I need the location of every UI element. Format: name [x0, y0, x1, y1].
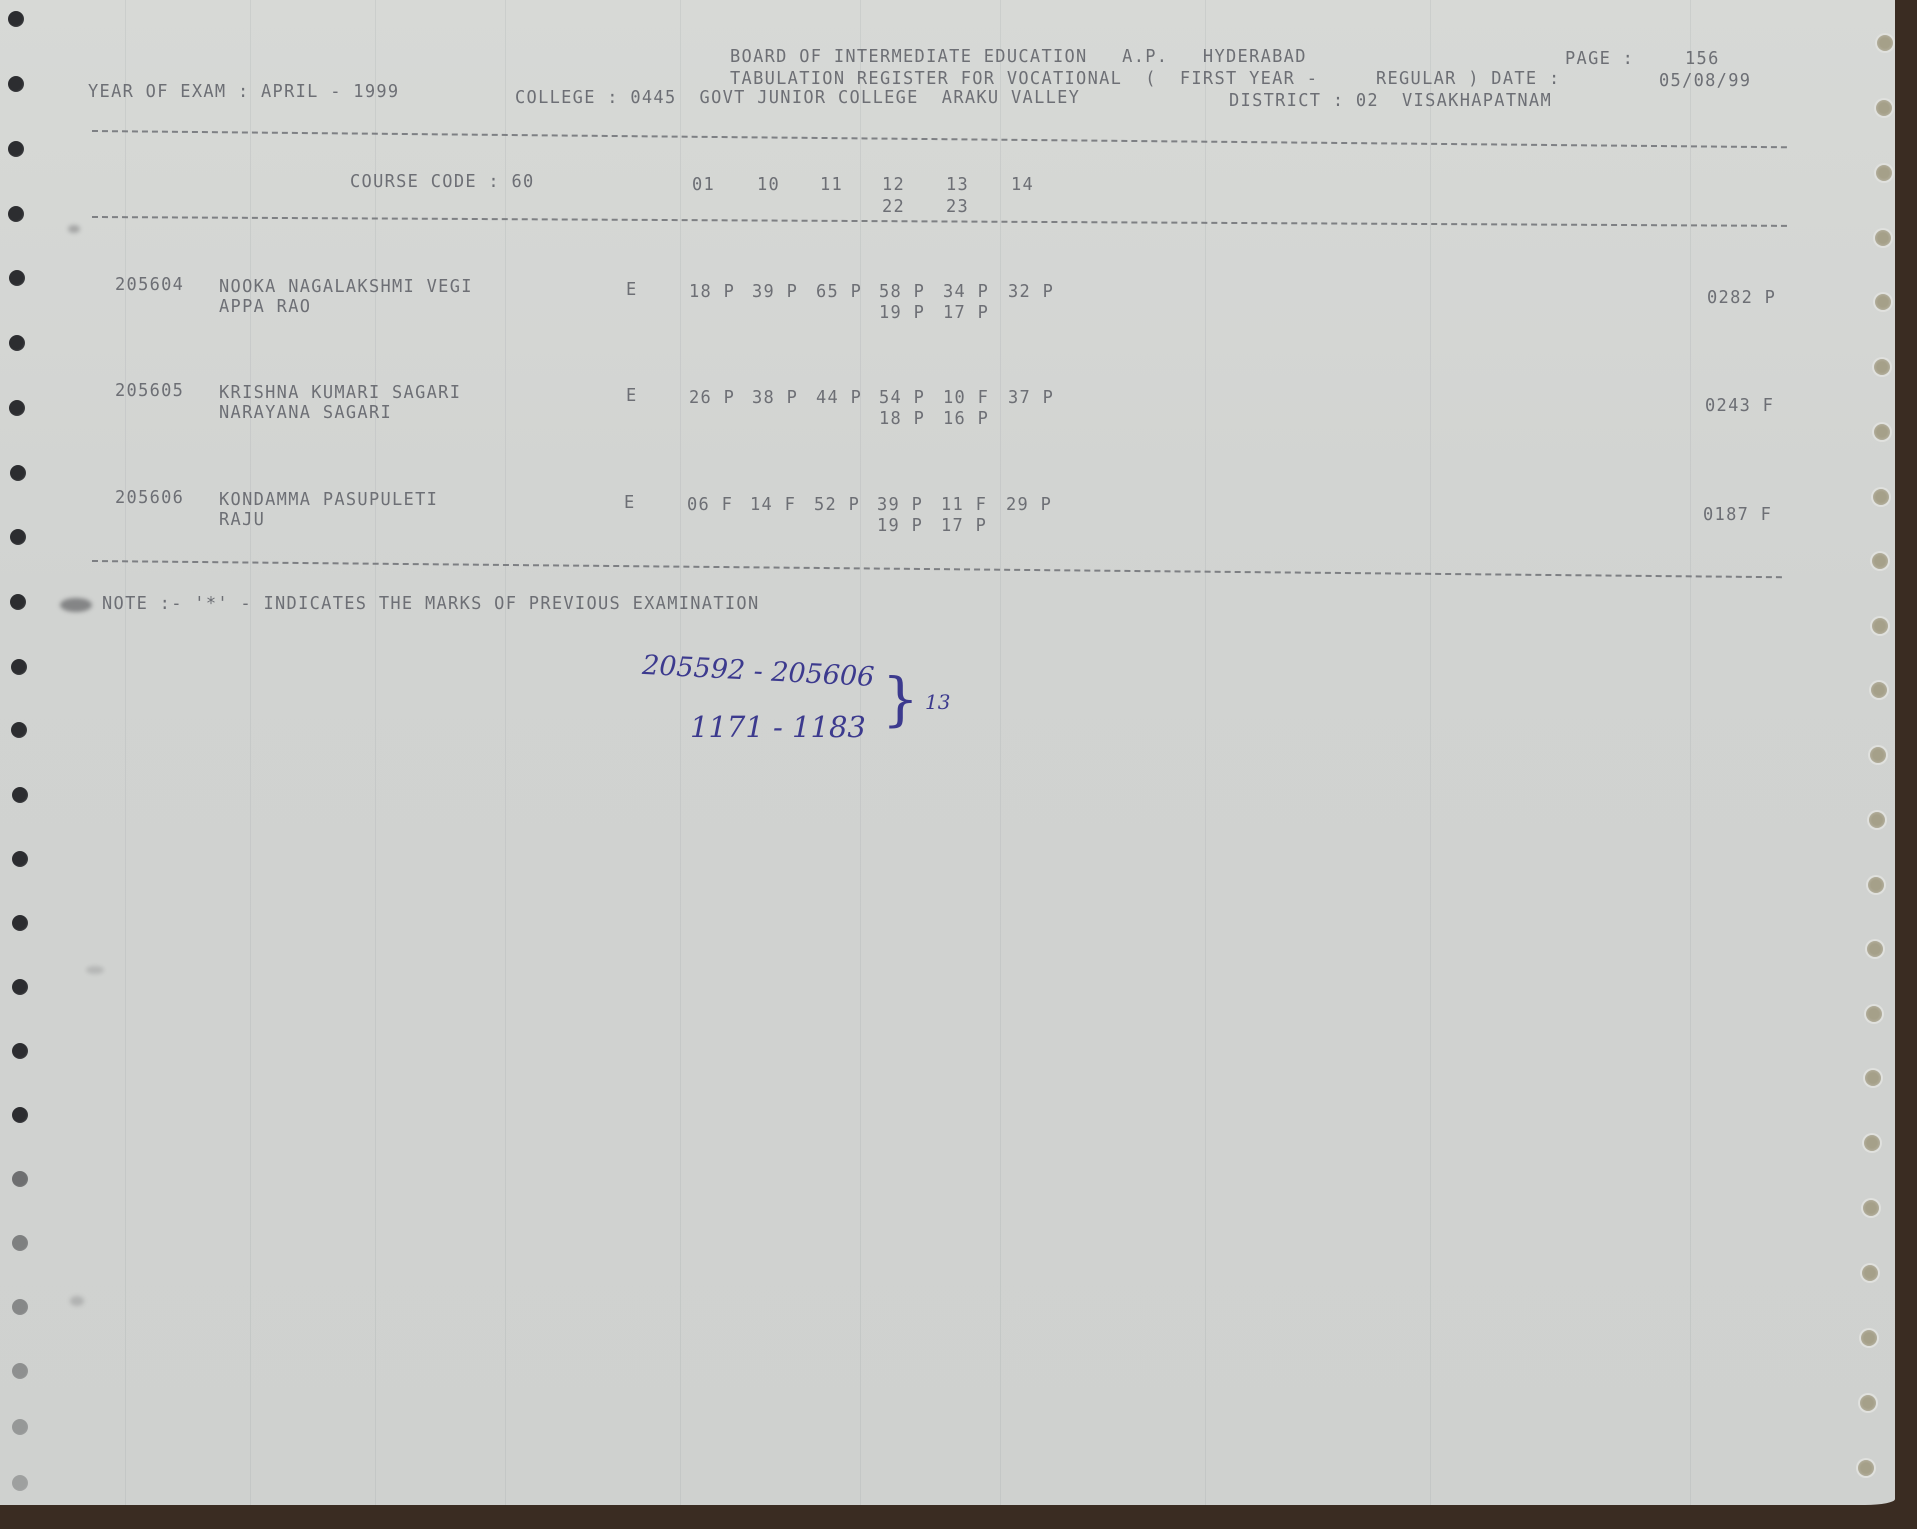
subject-mark: 17 P: [943, 303, 989, 324]
feed-hole-icon: [1860, 1395, 1876, 1411]
feed-hole-icon: [8, 206, 24, 222]
ink-smudge: [70, 1296, 84, 1306]
subject-code: 13: [946, 175, 969, 196]
subject-mark: 34 P: [943, 282, 989, 303]
feed-hole-icon: [12, 1475, 28, 1491]
subject-mark: 18 P: [879, 409, 925, 430]
feed-hole-icon: [1877, 35, 1893, 51]
feed-hole-icon: [1872, 553, 1888, 569]
subject-code: 01: [692, 175, 715, 196]
medium: E: [626, 386, 638, 407]
report-date: 05/08/99: [1659, 71, 1751, 92]
feed-hole-icon: [1874, 424, 1890, 440]
subject-mark: 19 P: [879, 303, 925, 324]
hall-ticket-number: 205604: [115, 275, 184, 296]
footnote: NOTE :- '*' - INDICATES THE MARKS OF PRE…: [102, 594, 760, 615]
header-divider: [92, 130, 1787, 148]
ink-smudge: [68, 225, 80, 233]
subject-code: 10: [757, 175, 780, 196]
feed-hole-icon: [11, 722, 27, 738]
feed-hole-icon: [11, 659, 27, 675]
feed-hole-icon: [1861, 1330, 1877, 1346]
feed-hole-icon: [10, 529, 26, 545]
feed-hole-icon: [8, 76, 24, 92]
subject-mark: 44 P: [816, 388, 862, 409]
college-info: COLLEGE : 0445 GOVT JUNIOR COLLEGE ARAKU…: [515, 88, 1080, 109]
feed-hole-icon: [9, 270, 25, 286]
feed-hole-icon: [12, 1043, 28, 1059]
medium: E: [624, 493, 636, 514]
subject-mark: 39 P: [877, 495, 923, 516]
subject-code: 12: [882, 175, 905, 196]
subject-mark: 11 F: [941, 495, 987, 516]
subject-mark: 32 P: [1008, 282, 1054, 303]
subject-mark: 26 P: [689, 388, 735, 409]
feed-hole-icon: [1865, 1070, 1881, 1086]
feed-hole-icon: [10, 594, 26, 610]
feed-hole-icon: [1874, 359, 1890, 375]
feed-hole-icon: [1875, 230, 1891, 246]
feed-hole-icon: [1875, 294, 1891, 310]
feed-hole-icon: [12, 915, 28, 931]
subject-mark: 16 P: [943, 409, 989, 430]
feed-hole-icon: [12, 1299, 28, 1315]
feed-hole-icon: [12, 1235, 28, 1251]
subject-mark: 58 P: [879, 282, 925, 303]
tabulation-register-sheet: BOARD OF INTERMEDIATE EDUCATION A.P. HYD…: [0, 0, 1895, 1505]
feed-hole-icon: [1873, 489, 1889, 505]
feed-hole-icon: [1868, 877, 1884, 893]
handwritten-serial-range: 1171 - 1183: [690, 710, 866, 744]
course-divider: [92, 216, 1787, 227]
feed-hole-icon: [1862, 1265, 1878, 1281]
student-name: KRISHNA KUMARI SAGARI: [219, 383, 461, 404]
total-result: 0243 F: [1705, 396, 1774, 417]
subject-mark: 19 P: [877, 516, 923, 537]
subject-code: 11: [820, 175, 843, 196]
subject-mark: 29 P: [1006, 495, 1052, 516]
brace-icon: }: [882, 670, 919, 728]
feed-hole-icon: [1870, 747, 1886, 763]
subject-mark: 14 F: [750, 495, 796, 516]
feed-hole-icon: [1871, 682, 1887, 698]
medium: E: [626, 280, 638, 301]
student-name: NOOKA NAGALAKSHMI VEGI: [219, 277, 473, 298]
feed-hole-icon: [1876, 100, 1892, 116]
feed-hole-icon: [12, 1107, 28, 1123]
course-code: COURSE CODE : 60: [350, 172, 535, 193]
feed-hole-icon: [12, 1171, 28, 1187]
feed-hole-icon: [9, 335, 25, 351]
subject-mark: 52 P: [814, 495, 860, 516]
feed-hole-icon: [12, 787, 28, 803]
hall-ticket-number: 205605: [115, 381, 184, 402]
student-name: KONDAMMA PASUPULETI: [219, 490, 438, 511]
subject-code: 22: [882, 197, 905, 218]
ink-smudge: [86, 966, 104, 974]
ink-smudge: [60, 598, 92, 612]
feed-hole-icon: [12, 1419, 28, 1435]
subject-mark: 18 P: [689, 282, 735, 303]
parent-name: RAJU: [219, 510, 265, 531]
total-result: 0187 F: [1703, 505, 1772, 526]
page-number: 156: [1685, 49, 1720, 70]
hall-ticket-number: 205606: [115, 488, 184, 509]
feed-hole-icon: [1872, 618, 1888, 634]
subject-mark: 37 P: [1008, 388, 1054, 409]
subject-mark: 38 P: [752, 388, 798, 409]
feed-hole-icon: [8, 141, 24, 157]
feed-hole-icon: [1858, 1460, 1874, 1476]
board-title: BOARD OF INTERMEDIATE EDUCATION A.P. HYD…: [730, 47, 1307, 68]
subject-mark: 10 F: [943, 388, 989, 409]
subject-code: 14: [1011, 175, 1034, 196]
feed-hole-icon: [1864, 1135, 1880, 1151]
feed-hole-icon: [9, 400, 25, 416]
year-of-exam: YEAR OF EXAM : APRIL - 1999: [88, 82, 399, 103]
parent-name: NARAYANA SAGARI: [219, 403, 392, 424]
feed-hole-icon: [12, 979, 28, 995]
feed-hole-icon: [8, 11, 24, 27]
subject-mark: 06 F: [687, 495, 733, 516]
district-info: DISTRICT : 02 VISAKHAPATNAM: [1229, 91, 1552, 112]
feed-hole-icon: [1863, 1200, 1879, 1216]
subject-mark: 54 P: [879, 388, 925, 409]
subject-mark: 17 P: [941, 516, 987, 537]
feed-hole-icon: [1866, 1006, 1882, 1022]
feed-hole-icon: [10, 465, 26, 481]
page-label: PAGE :: [1565, 49, 1634, 70]
subject-mark: 39 P: [752, 282, 798, 303]
feed-hole-icon: [12, 851, 28, 867]
feed-hole-icon: [1867, 941, 1883, 957]
feed-hole-icon: [1869, 812, 1885, 828]
register-title: TABULATION REGISTER FOR VOCATIONAL ( FIR…: [730, 69, 1561, 90]
feed-hole-icon: [1876, 165, 1892, 181]
subject-mark: 65 P: [816, 282, 862, 303]
footer-divider: [92, 560, 1782, 578]
handwritten-ticket-range: 205592 - 205606: [641, 650, 875, 693]
parent-name: APPA RAO: [219, 297, 311, 318]
feed-hole-icon: [12, 1363, 28, 1379]
total-result: 0282 P: [1707, 288, 1776, 309]
subject-code: 23: [946, 197, 969, 218]
handwritten-count: 13: [925, 690, 950, 714]
